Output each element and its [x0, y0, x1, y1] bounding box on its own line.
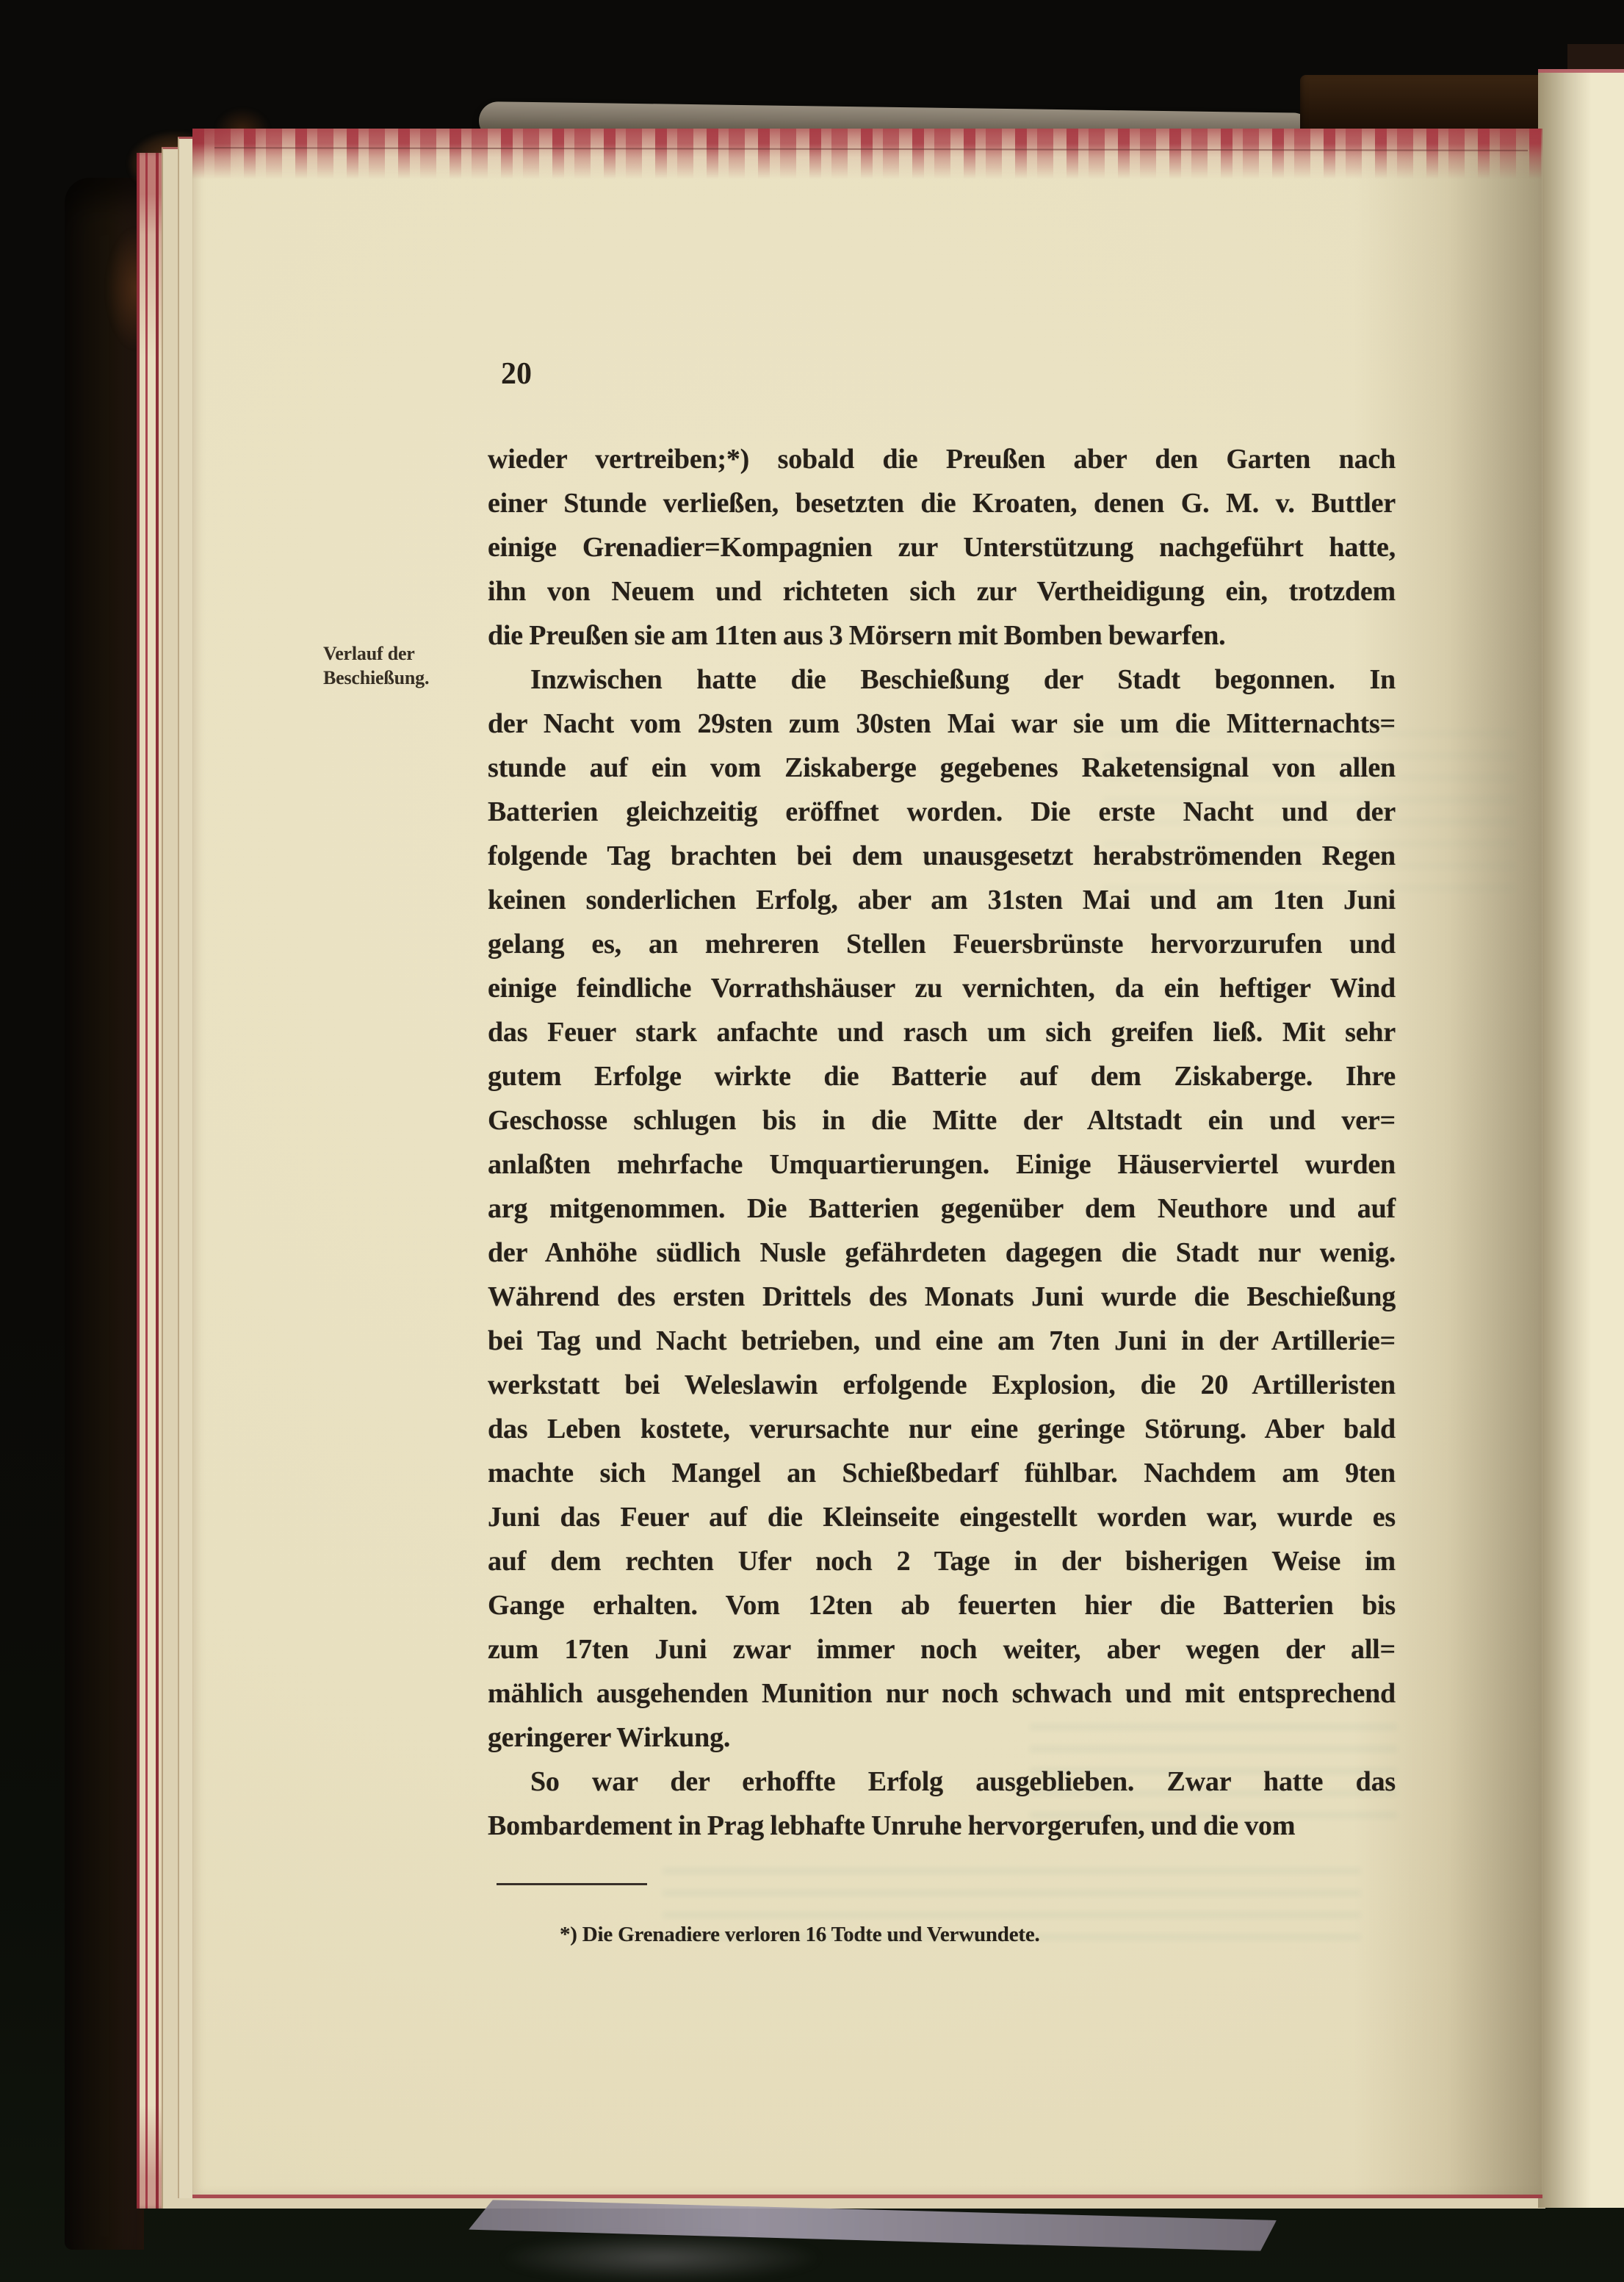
- body-line: der Anhöhe südlich Nusle gefährdeten dag…: [488, 1231, 1396, 1275]
- body-line: arg mitgenommen. Die Batterien gegenüber…: [488, 1187, 1396, 1231]
- margin-note-line: Verlauf der: [323, 641, 463, 666]
- body-line: Juni das Feuer auf die Kleinseite einges…: [488, 1495, 1396, 1539]
- body-line: anlaßten mehrfache Umquartierungen. Eini…: [488, 1142, 1396, 1187]
- book-page: 20 Verlauf der Beschießung. wieder vertr…: [192, 129, 1542, 2198]
- body-line: folgende Tag brachten bei dem unausgeset…: [488, 834, 1396, 878]
- under-page-edge-line: [214, 147, 1528, 151]
- body-line: das Feuer stark anfachte und rasch um si…: [488, 1010, 1396, 1054]
- body-line: der Nacht vom 29sten zum 30sten Mai war …: [488, 702, 1396, 746]
- body-line: Batterien gleichzeitig eröffnet worden. …: [488, 790, 1396, 834]
- book-photo: 20 Verlauf der Beschießung. wieder vertr…: [0, 0, 1624, 2282]
- footnote-rule: [497, 1883, 647, 1885]
- body-line: keinen sonderlichen Erfolg, aber am 31st…: [488, 878, 1396, 922]
- body-line: bei Tag und Nacht betrieben, und eine am…: [488, 1319, 1396, 1363]
- body-line: geringerer Wirkung.: [488, 1716, 1396, 1760]
- body-line: machte sich Mangel an Schießbedarf fühlb…: [488, 1451, 1396, 1495]
- footnote: *) Die Grenadiere verloren 16 Todte und …: [560, 1923, 1397, 1947]
- body-line: Während des ersten Drittels des Monats J…: [488, 1275, 1396, 1319]
- body-line: Geschosse schlugen bis in die Mitte der …: [488, 1098, 1396, 1142]
- body-line: Bombardement in Prag lebhafte Unruhe her…: [488, 1804, 1396, 1848]
- body-line: Gange erhalten. Vom 12ten ab feuerten hi…: [488, 1583, 1396, 1627]
- book-cover-board: [65, 178, 144, 2250]
- body-line: das Leben kostete, verursachte nur eine …: [488, 1407, 1396, 1451]
- body-line: gutem Erfolge wirkte die Batterie auf de…: [488, 1054, 1396, 1098]
- body-line: So war der erhoffte Erfolg ausgeblieben.…: [488, 1760, 1396, 1804]
- body-line: einige Grenadier=Kompagnien zur Unterstü…: [488, 525, 1396, 569]
- body-text: wieder vertreiben;*) sobald die Preußen …: [488, 437, 1396, 1848]
- body-line: einige feindliche Vorrathshäuser zu vern…: [488, 966, 1396, 1010]
- body-line: werkstatt bei Weleslawin erfolgende Expl…: [488, 1363, 1396, 1407]
- body-line: stunde auf ein vom Ziskaberge gegebenes …: [488, 746, 1396, 790]
- body-line: ihn von Neuem und richteten sich zur Ver…: [488, 569, 1396, 613]
- body-line: Inzwischen hatte die Beschießung der Sta…: [488, 658, 1396, 702]
- margin-note: Verlauf der Beschießung.: [323, 641, 463, 690]
- facing-page-sliver: [1538, 69, 1624, 2208]
- body-line: wieder vertreiben;*) sobald die Preußen …: [488, 437, 1396, 481]
- cloth-blur: [499, 2234, 823, 2282]
- body-line: einer Stunde verließen, besetzten die Kr…: [488, 481, 1396, 525]
- margin-note-line: Beschießung.: [323, 666, 463, 690]
- body-line: zum 17ten Juni zwar immer noch weiter, a…: [488, 1627, 1396, 1671]
- body-line: mählich ausgehenden Munition nur noch sc…: [488, 1671, 1396, 1716]
- red-edge-stain: [192, 129, 1542, 186]
- body-line: auf dem rechten Ufer noch 2 Tage in der …: [488, 1539, 1396, 1583]
- body-line: die Preußen sie am 11ten aus 3 Mörsern m…: [488, 613, 1396, 658]
- body-line: gelang es, an mehreren Stellen Feuersbrü…: [488, 922, 1396, 966]
- page-number: 20: [501, 356, 532, 392]
